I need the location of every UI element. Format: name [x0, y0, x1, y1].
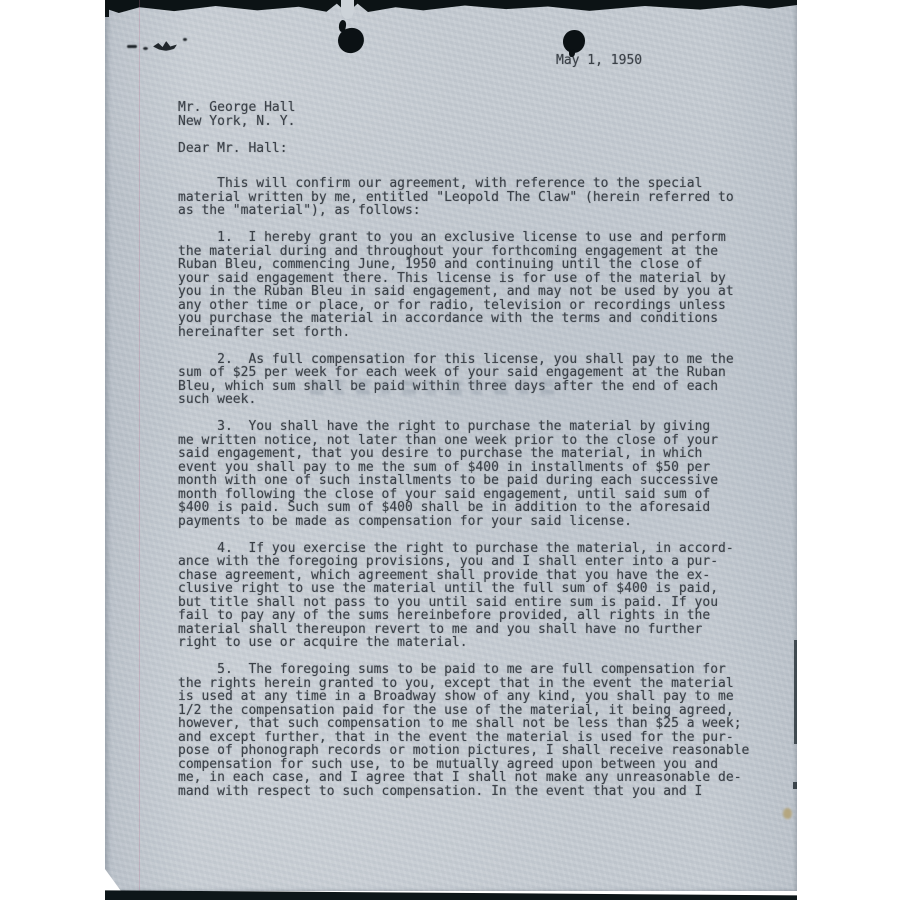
ink-smudge	[153, 41, 177, 51]
salutation: Dear Mr. Hall:	[178, 142, 798, 156]
paper-stain	[783, 808, 792, 819]
ink-smudge	[183, 38, 187, 41]
clause-paragraph: 1. I hereby grant to you an exclusive li…	[178, 231, 798, 339]
scan-edge-top	[105, 0, 797, 13]
ink-smudge	[127, 45, 137, 48]
letter-page: May 1, 1950 Mr. George HallNew York, N. …	[105, 0, 797, 891]
scan-edge-top-corner	[105, 0, 109, 17]
fold-line	[139, 0, 140, 891]
bleed-through-text	[310, 380, 565, 396]
recipient-city: New York, N. Y.	[178, 115, 798, 129]
scanned-letter-image: May 1, 1950 Mr. George HallNew York, N. …	[0, 0, 900, 900]
clause-paragraph: 5. The foregoing sums to be paid to me a…	[178, 663, 798, 798]
scan-edge-right-mark	[793, 782, 797, 789]
clause-paragraph: 4. If you exercise the right to purchase…	[178, 542, 798, 650]
clause-paragraph: 3. You shall have the right to purchase …	[178, 420, 798, 528]
intro-paragraph: This will confirm our agreement, with re…	[178, 177, 798, 218]
letter-body: Mr. George HallNew York, N. Y. Dear Mr. …	[178, 87, 798, 812]
ink-smudge	[143, 47, 148, 50]
recipient-name: Mr. George Hall	[178, 101, 798, 115]
scan-edge-right	[794, 640, 797, 744]
paper-tear-notch	[341, 0, 354, 19]
